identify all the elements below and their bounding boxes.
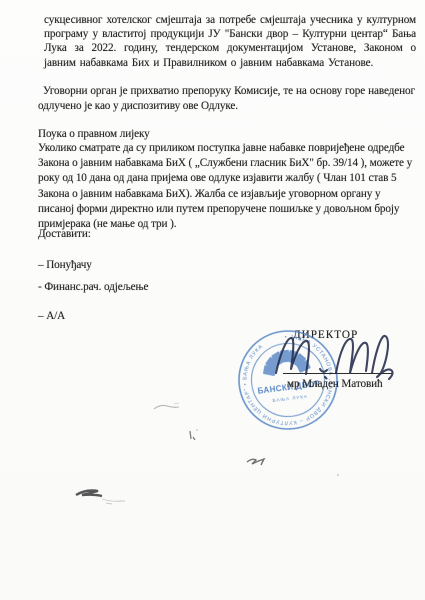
body-paragraph-decision: Уговорни орган је прихватио препоруку Ко… — [38, 84, 415, 113]
body-paragraph-continuation: сукцесивног хотелског смјештаја за потре… — [44, 13, 416, 70]
signature-scribble — [268, 331, 394, 381]
scan-speck — [337, 474, 339, 476]
scan-smudge — [184, 427, 202, 445]
scanned-document-page: сукцесивног хотелског смјештаја за потре… — [0, 0, 425, 600]
stamp-sub-text: БАЊА ЛУКА — [272, 394, 308, 403]
scan-smudge — [150, 400, 194, 414]
distribution-item: – Понуђачу — [38, 258, 92, 272]
distribution-item: – А/А — [38, 309, 65, 323]
distribution-item: - Финанс.рач. одјељење — [38, 280, 148, 294]
scan-smudge — [72, 483, 136, 507]
legal-remedy-heading: Поука о правном лијеку — [38, 127, 150, 141]
legal-remedy-paragraph: Уколико сматрате да су приликом поступка… — [38, 141, 418, 232]
scan-smudge — [243, 453, 271, 469]
distribution-heading: Доставити: — [38, 227, 91, 241]
